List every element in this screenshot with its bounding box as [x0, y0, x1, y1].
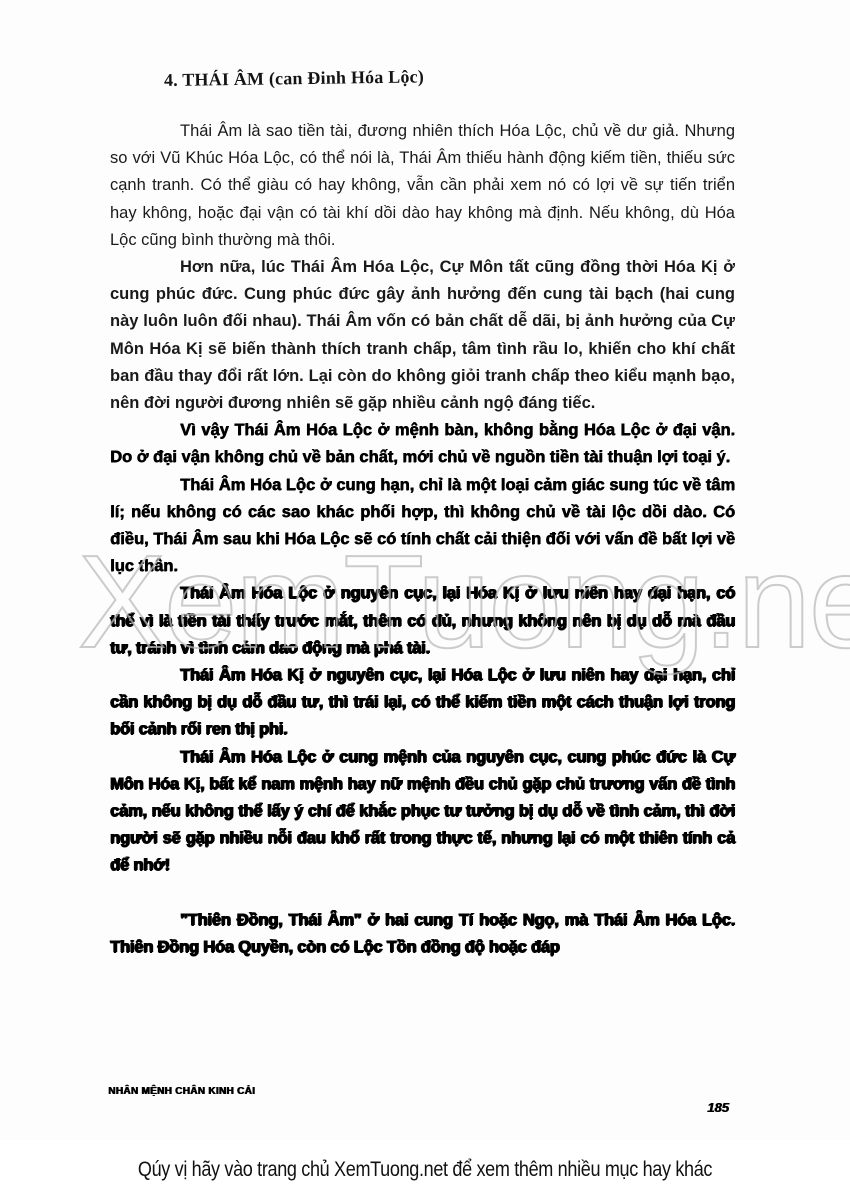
section-heading: 4. THÁI ÂM (can Đinh Hóa Lộc)	[164, 66, 424, 91]
paragraph-4: Thái Âm Hóa Lộc ở cung hạn, chỉ là một l…	[110, 472, 735, 581]
paragraph-7: Thái Âm Hóa Lộc ở cung mệnh của nguyên c…	[110, 744, 735, 880]
paragraph-3: Vì vậy Thái Âm Hóa Lộc ở mệnh bàn, không…	[110, 417, 735, 471]
scanned-book-page: 4. THÁI ÂM (can Đinh Hóa Lộc) Thái Âm là…	[0, 0, 850, 1140]
paragraph-8: "Thiên Đồng, Thái Âm" ở hai cung Tí hoặc…	[110, 907, 735, 961]
body-text: Thái Âm là sao tiền tài, đương nhiên thí…	[110, 118, 735, 961]
paragraph-1: Thái Âm là sao tiền tài, đương nhiên thí…	[110, 118, 735, 254]
paragraph-5: Thái Âm Hóa Lộc ở nguyên cục, lại Hóa Kị…	[110, 580, 735, 662]
site-caption: Qúy vị hãy vào trang chủ XemTuong.net để…	[60, 1158, 791, 1182]
running-footer: NHÂN MỆNH CHÂN KINH CẢI	[108, 1086, 255, 1097]
paragraph-6: Thái Âm Hóa Kị ở nguyên cục, lại Hóa Lộc…	[110, 662, 735, 744]
page-number: 185	[707, 1100, 729, 1115]
paragraph-2: Hơn nữa, lúc Thái Âm Hóa Lộc, Cự Môn tất…	[110, 254, 735, 417]
